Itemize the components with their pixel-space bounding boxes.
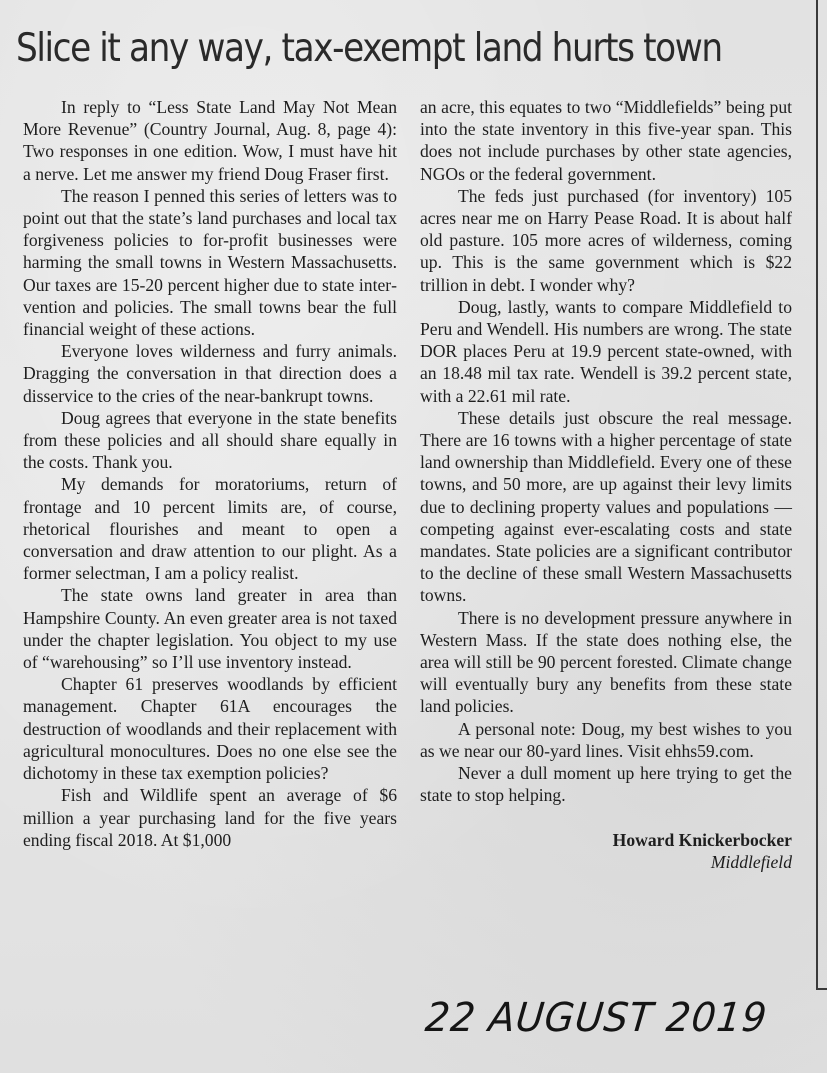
author-name: Howard Knickerbocker — [420, 829, 792, 851]
column-border-rule — [816, 0, 818, 990]
paragraph: There is no development pressure any­whe… — [420, 607, 792, 718]
signature: Howard Knickerbocker Middlefield — [420, 829, 792, 873]
left-column: In reply to “Less State Land May Not Mea… — [23, 96, 397, 851]
column-border-foot — [816, 988, 827, 990]
right-column: an acre, this equates to two “Middlefiel… — [420, 96, 792, 873]
newspaper-clipping: Slice it any way, tax-exempt land hurts … — [0, 0, 827, 1073]
paragraph: Doug, lastly, wants to compare Middlefie… — [420, 296, 792, 407]
paragraph: A personal note: Doug, my best wishes to… — [420, 718, 792, 762]
paragraph: The reason I penned this series of lette… — [23, 185, 397, 340]
headline: Slice it any way, tax-exempt land hurts … — [16, 26, 711, 72]
paragraph: The feds just purchased (for inventory) … — [420, 185, 792, 296]
paragraph: Never a dull moment up here trying to ge… — [420, 762, 792, 806]
paragraph: In reply to “Less State Land May Not Mea… — [23, 96, 397, 185]
paragraph: Everyone loves wilderness and furry anim… — [23, 340, 397, 407]
paragraph: Doug agrees that everyone in the state b… — [23, 407, 397, 474]
paragraph: The state owns land greater in area than… — [23, 584, 397, 673]
handwritten-date: 22 AUGUST 2019 — [423, 994, 769, 1040]
paragraph: Fish and Wildlife spent an average of $6… — [23, 784, 397, 851]
author-town: Middlefield — [420, 851, 792, 873]
paragraph: These details just obscure the real mess… — [420, 407, 792, 607]
paragraph: My demands for moratoriums, return of fr… — [23, 473, 397, 584]
paragraph-continued: an acre, this equates to two “Middlefiel… — [420, 96, 792, 185]
paragraph: Chapter 61 preserves woodlands by effici… — [23, 673, 397, 784]
